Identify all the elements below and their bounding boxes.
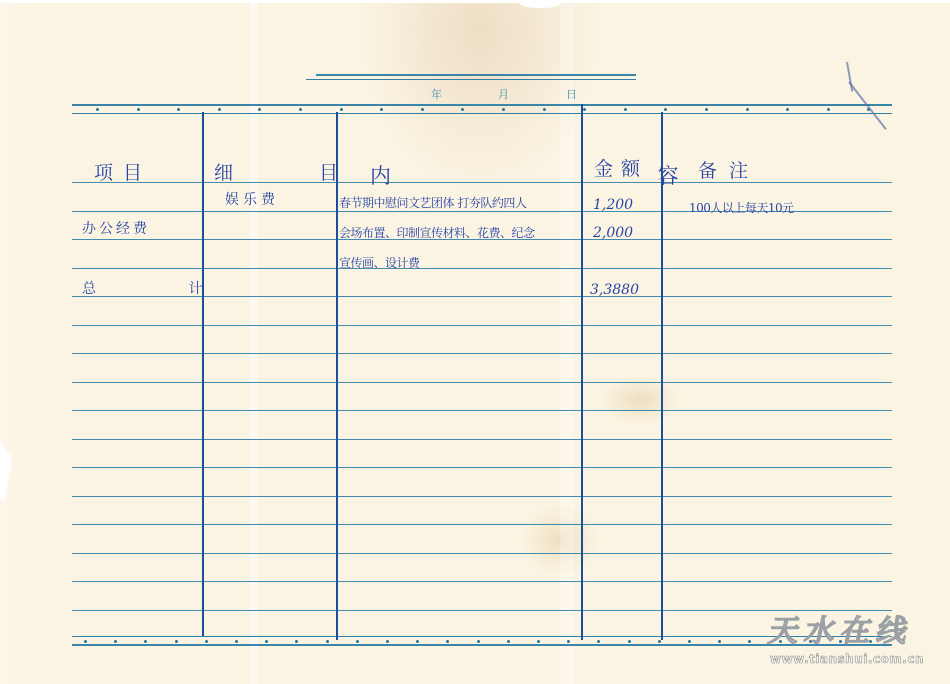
border-dot: [628, 640, 631, 643]
row2-item: 办公经费: [82, 218, 150, 238]
ruled-line: [72, 581, 892, 582]
header-detail: 细 目: [214, 158, 378, 185]
border-dot: [235, 640, 238, 643]
border-dot: [218, 108, 221, 111]
total-amount: 3,3880: [590, 282, 639, 298]
border-dot: [205, 640, 208, 643]
column-divider: [336, 112, 338, 640]
ruled-line: [72, 467, 892, 468]
row1-remarks: 100人以上每天10元: [689, 199, 794, 216]
border-dot: [175, 640, 178, 643]
ruled-line: [72, 610, 892, 611]
border-dot: [827, 108, 830, 111]
torn-edge: [520, 0, 560, 8]
watermark: 天水在线 www.tianshui.com.cn: [770, 606, 945, 666]
border-dot: [477, 640, 480, 643]
top-border: [72, 104, 892, 106]
ruled-line: [72, 496, 892, 497]
border-dot: [502, 108, 505, 111]
ruled-line: [72, 382, 892, 383]
date-month-label: 月: [498, 86, 509, 102]
torn-edge: [0, 0, 950, 3]
watermark-url: www.tianshui.com.cn: [770, 652, 945, 666]
border-dot: [386, 640, 389, 643]
row1-detail: 娱乐费: [225, 189, 279, 209]
ruled-line: [72, 524, 892, 525]
border-dot: [688, 640, 691, 643]
column-divider: [661, 112, 663, 640]
border-dot: [507, 640, 510, 643]
border-dot: [340, 108, 343, 111]
border-dot: [299, 108, 302, 111]
border-dot: [137, 108, 140, 111]
title-underline: [316, 74, 636, 76]
border-dot: [356, 640, 359, 643]
border-dot: [543, 108, 546, 111]
header-amount: 金额: [594, 154, 648, 181]
border-dot: [326, 640, 329, 643]
ruled-line: [72, 439, 892, 440]
border-dot: [84, 640, 87, 643]
row1-amount: 1,200: [593, 197, 633, 213]
border-dot: [537, 640, 540, 643]
date-day-label: 日: [566, 86, 577, 102]
row2-content: 会场布置、印制宣传材料、花费、纪念: [339, 224, 535, 241]
ruled-line: [72, 325, 892, 326]
border-dot: [421, 108, 424, 111]
border-dot: [658, 640, 661, 643]
header-item: 项 目: [94, 158, 144, 185]
header-remarks: 备注: [698, 156, 760, 183]
watermark-title: 天水在线: [765, 606, 949, 650]
top-border: [72, 113, 892, 114]
border-dot: [96, 108, 99, 111]
date-year-label: 年: [431, 86, 442, 102]
ruled-line: [72, 410, 892, 411]
border-dot: [624, 108, 627, 111]
ruled-line: [72, 268, 892, 269]
total-label: 总 计: [82, 278, 246, 298]
ruled-line: [72, 353, 892, 354]
column-divider: [202, 112, 204, 636]
ruled-line: [72, 553, 892, 554]
title-underline: [306, 79, 636, 80]
border-dot: [705, 108, 708, 111]
row2-amount: 2,000: [593, 225, 633, 241]
row1-content: 春节期中慰问文艺团体 打夯队约四人: [339, 194, 526, 211]
border-dot: [746, 108, 749, 111]
row3-content: 宣传画、设计费: [339, 254, 420, 271]
